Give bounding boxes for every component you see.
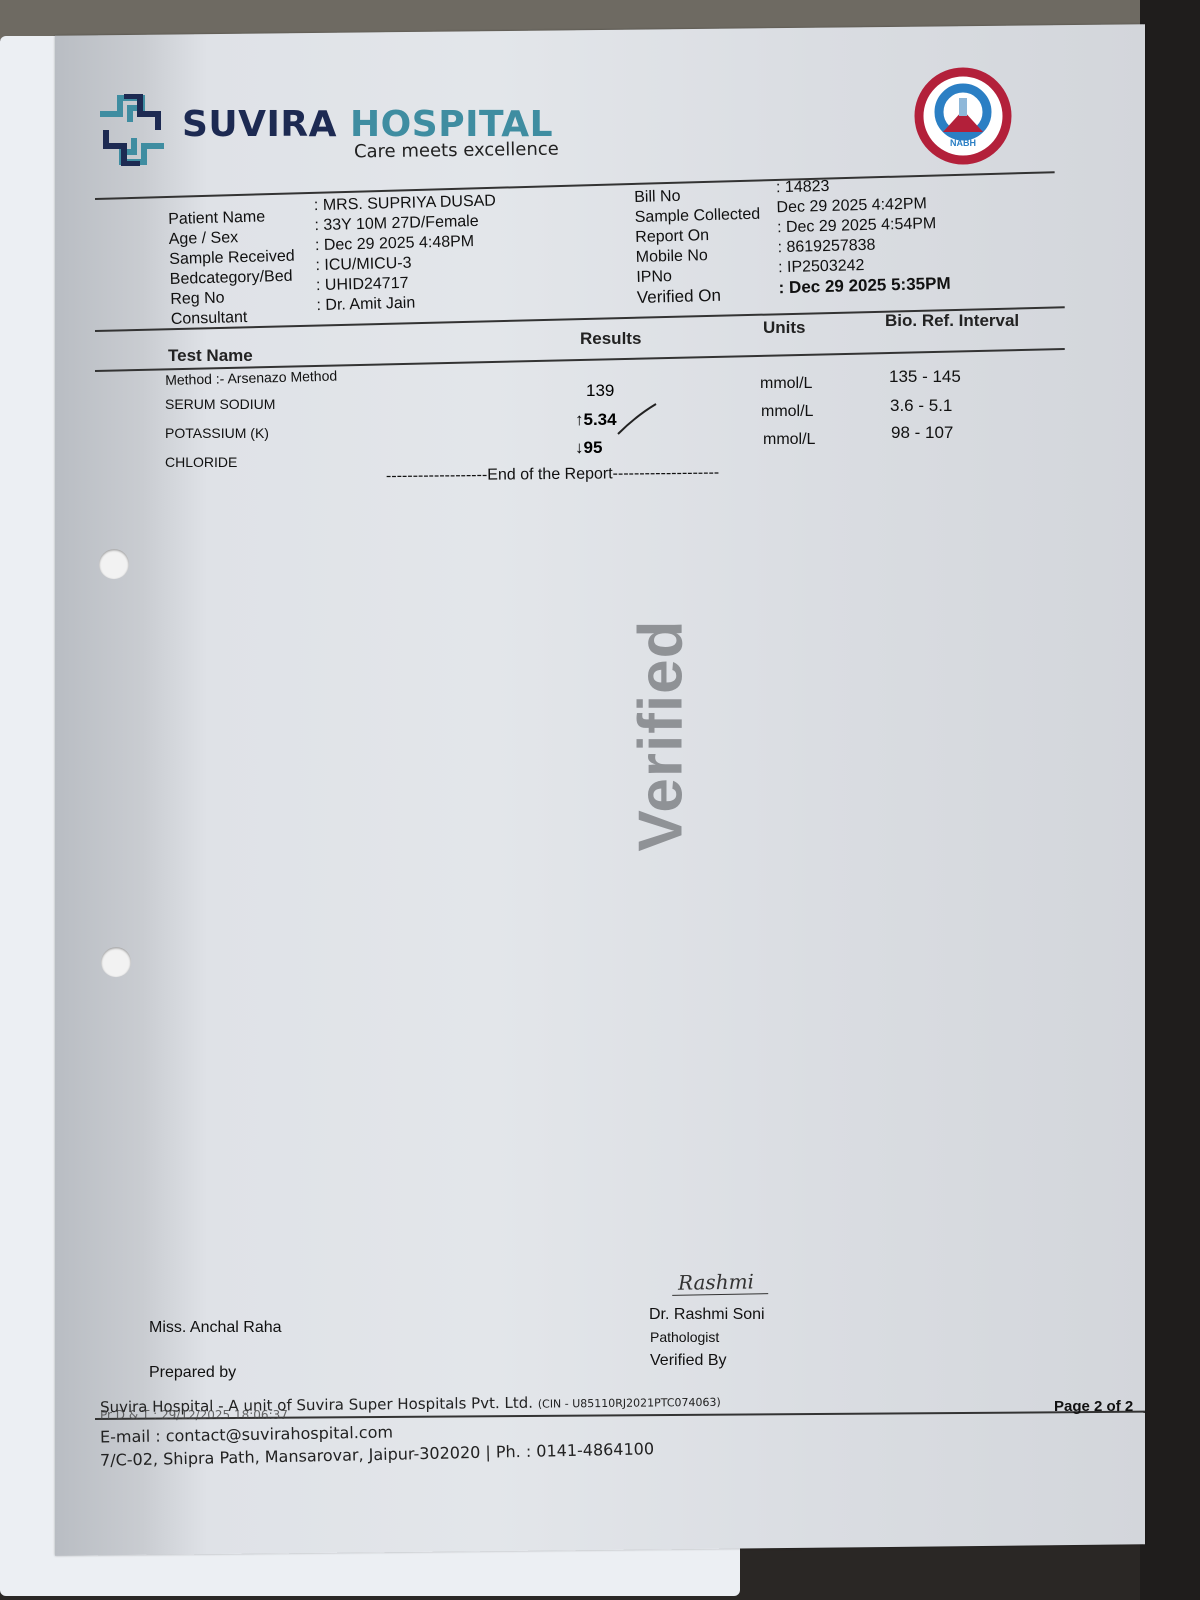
consultant-label: Consultant	[171, 306, 317, 330]
result-number: 139	[586, 381, 614, 400]
ref-interval: 3.6 - 5.1	[890, 396, 952, 416]
unit: mmol/L	[763, 430, 815, 450]
verified-watermark: Verified	[626, 620, 697, 852]
punch-hole	[99, 549, 129, 579]
col-units: Units	[763, 318, 806, 338]
result-number: 95	[584, 438, 603, 457]
patient-info-right: Bill No : 14823 Sample Collected Dec 29 …	[634, 180, 951, 308]
low-flag-icon: ↓	[575, 438, 584, 457]
prepared-by-label: Prepared by	[149, 1363, 236, 1383]
consultant-value: : Dr. Amit Jain	[316, 291, 499, 326]
unit: mmol/L	[760, 374, 812, 394]
result-value: ↑5.34	[575, 410, 617, 430]
print-timestamp: Pr D & T : 29/12/2025 18:06:37	[100, 1408, 288, 1422]
verifier-role: Pathologist	[650, 1329, 719, 1345]
pen-tick-mark	[616, 402, 658, 438]
ref-interval: 98 - 107	[891, 423, 953, 443]
punch-hole	[101, 947, 131, 977]
ref-interval: 135 - 145	[889, 367, 961, 387]
result-value: 139	[586, 381, 614, 401]
page-number: Page 2 of 2	[1054, 1397, 1133, 1417]
verified-on-label: Verified On	[637, 284, 771, 308]
hospital-logo-icon	[96, 94, 168, 166]
hospital-tagline: Care meets excellence	[354, 139, 559, 163]
result-value: ↓95	[575, 438, 602, 458]
test-name: POTASSIUM (K)	[165, 425, 269, 441]
background-dark	[1140, 0, 1200, 1600]
verified-by-label: Verified By	[650, 1351, 726, 1371]
nabh-label: NABH	[950, 138, 976, 148]
test-name: CHLORIDE	[165, 454, 237, 470]
signature: Rashmi	[672, 1269, 768, 1296]
col-ref-interval: Bio. Ref. Interval	[885, 311, 1019, 331]
hospital-name-part1: SUVIRA	[182, 104, 337, 145]
cin-number: (CIN - U85110RJ2021PTC074063)	[538, 1396, 721, 1411]
test-name: SERUM SODIUM	[165, 396, 275, 412]
end-of-report: -------------------End of the Report----…	[386, 463, 719, 486]
prepared-by-name: Miss. Anchal Raha	[149, 1318, 282, 1338]
high-flag-icon: ↑	[575, 410, 584, 429]
result-number: 5.34	[584, 410, 617, 429]
patient-info-left: Patient Name : MRS. SUPRIYA DUSAD Age / …	[168, 201, 499, 330]
verifier-name: Dr. Rashmi Soni	[649, 1305, 765, 1325]
unit: mmol/L	[761, 402, 813, 422]
col-test-name: Test Name	[168, 346, 253, 366]
verified-on-value: : Dec 29 2025 5:35PM	[778, 274, 951, 304]
nabh-accreditation-badge-icon: NABH	[913, 66, 1013, 166]
col-results: Results	[580, 329, 641, 349]
